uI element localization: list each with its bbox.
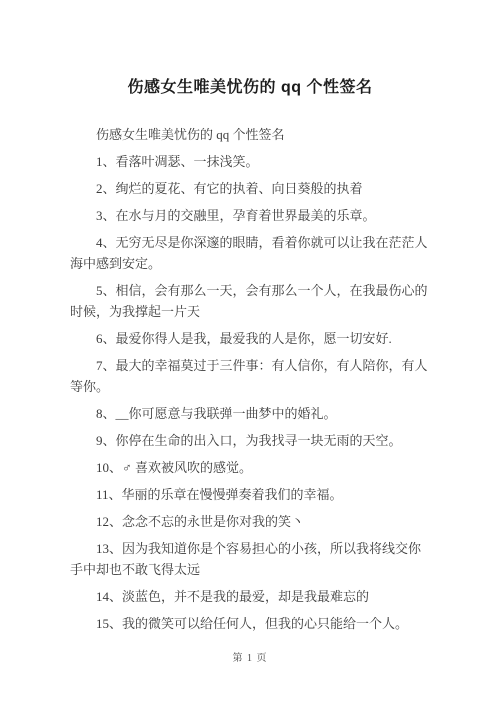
signature-list: 伤感女生唯美忧伤的 qq 个性签名 1、看落叶凋瑟、一抹浅笑。 2、绚烂的夏花、… <box>70 124 430 634</box>
signature-line-9: 9、你停在生命的出入口，为我找寻一块无雨的天空。 <box>70 430 430 451</box>
signature-line-3: 3、在水与月的交融里，孕育着世界最美的乐章。 <box>70 205 430 226</box>
signature-line-1: 1、看落叶凋瑟、一抹浅笑。 <box>70 151 430 172</box>
signature-line-12: 12、念念不忘的永世是你对我的笑丶 <box>70 511 430 532</box>
signature-line-15: 15、我的微笑可以给任何人，但我的心只能给一个人。 <box>70 613 430 634</box>
signature-line-6: 6、最爱你得人是我，最爱我的人是你，愿一切安好. <box>70 328 430 349</box>
signature-line-8: 8、__你可愿意与我联弹一曲梦中的婚礼。 <box>70 403 430 424</box>
signature-line-7: 7、最大的幸福莫过于三件事：有人信你，有人陪你，有人等你。 <box>70 355 430 397</box>
signature-line-10: 10、♂ 喜欢被风吹的感觉。 <box>70 457 430 478</box>
signature-line-4: 4、无穷无尽是你深邃的眼睛，看着你就可以让我在茫茫人海中感到安定。 <box>70 232 430 274</box>
signature-line-5: 5、相信，会有那么一天，会有那么一个人，在我最伤心的时候，为我撑起一片天 <box>70 280 430 322</box>
signature-line-2: 2、绚烂的夏花、有它的执着、向日葵般的执着 <box>70 178 430 199</box>
signature-line-13: 13、因为我知道你是个容易担心的小孩，所以我将线交你手中却也不敢飞得太远 <box>70 538 430 580</box>
document-page: 伤感女生唯美忧伤的 qq 个性签名 伤感女生唯美忧伤的 qq 个性签名 1、看落… <box>0 0 500 708</box>
page-number: 第 1 页 <box>0 649 500 664</box>
signature-line-14: 14、淡蓝色，并不是我的最爱，却是我最难忘的 <box>70 586 430 607</box>
page-title: 伤感女生唯美忧伤的 qq 个性签名 <box>0 0 500 97</box>
document-subtitle: 伤感女生唯美忧伤的 qq 个性签名 <box>70 124 430 145</box>
signature-line-11: 11、华丽的乐章在慢慢弹奏着我们的幸福。 <box>70 484 430 505</box>
